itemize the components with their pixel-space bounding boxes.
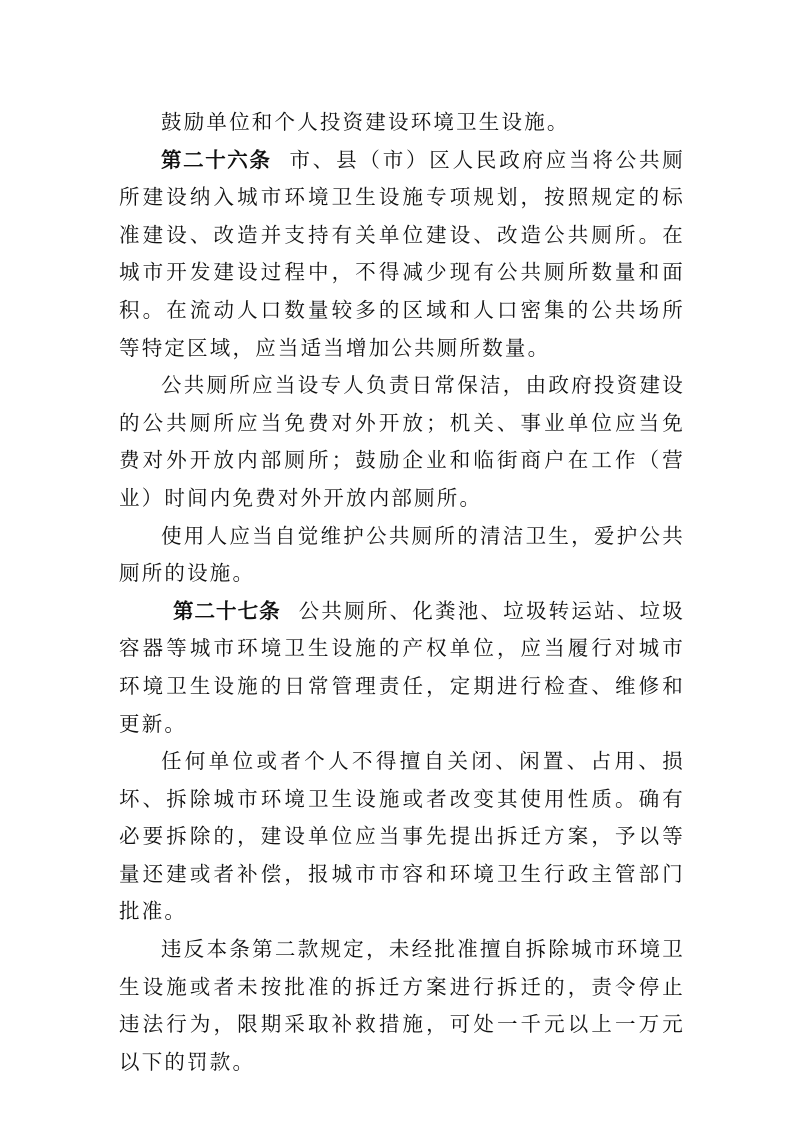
document-page: 鼓励单位和个人投资建设环境卫生设施。 第二十六条市、县（市）区人民政府应当将公共… bbox=[119, 104, 685, 1081]
paragraph-7: 违反本条第二款规定，未经批准擅自拆除城市环境卫生设施或者未按批准的拆迁方案进行拆… bbox=[119, 931, 685, 1081]
paragraph-text: 市、县（市）区人民政府应当将公共厕所建设纳入城市环境卫生设施专项规划，按照规定的… bbox=[119, 148, 685, 360]
paragraph-4: 使用人应当自觉维护公共厕所的清洁卫生，爱护公共厕所的设施。 bbox=[119, 518, 685, 593]
paragraph-3: 公共厕所应当设专人负责日常保洁，由政府投资建设的公共厕所应当免费对外开放；机关、… bbox=[119, 367, 685, 517]
article-heading: 第二十六条 bbox=[161, 148, 272, 172]
paragraph-6: 任何单位或者个人不得擅自关闭、闲置、占用、损坏、拆除城市环境卫生设施或者改变其使… bbox=[119, 743, 685, 931]
paragraph-text: 违反本条第二款规定，未经批准擅自拆除城市环境卫生设施或者未按批准的拆迁方案进行拆… bbox=[119, 937, 685, 1074]
paragraph-text: 鼓励单位和个人投资建设环境卫生设施。 bbox=[161, 110, 570, 134]
article-27-paragraph: 第二十七条公共厕所、化粪池、垃圾转运站、垃圾容器等城市环境卫生设施的产权单位，应… bbox=[119, 593, 685, 743]
paragraph-text: 公共厕所应当设专人负责日常保洁，由政府投资建设的公共厕所应当免费对外开放；机关、… bbox=[119, 373, 685, 510]
article-26-paragraph: 第二十六条市、县（市）区人民政府应当将公共厕所建设纳入城市环境卫生设施专项规划，… bbox=[119, 142, 685, 368]
paragraph-1: 鼓励单位和个人投资建设环境卫生设施。 bbox=[119, 104, 685, 142]
paragraph-text: 使用人应当自觉维护公共厕所的清洁卫生，爱护公共厕所的设施。 bbox=[119, 524, 685, 586]
paragraph-text: 任何单位或者个人不得擅自关闭、闲置、占用、损坏、拆除城市环境卫生设施或者改变其使… bbox=[119, 749, 685, 923]
article-heading: 第二十七条 bbox=[173, 599, 281, 623]
